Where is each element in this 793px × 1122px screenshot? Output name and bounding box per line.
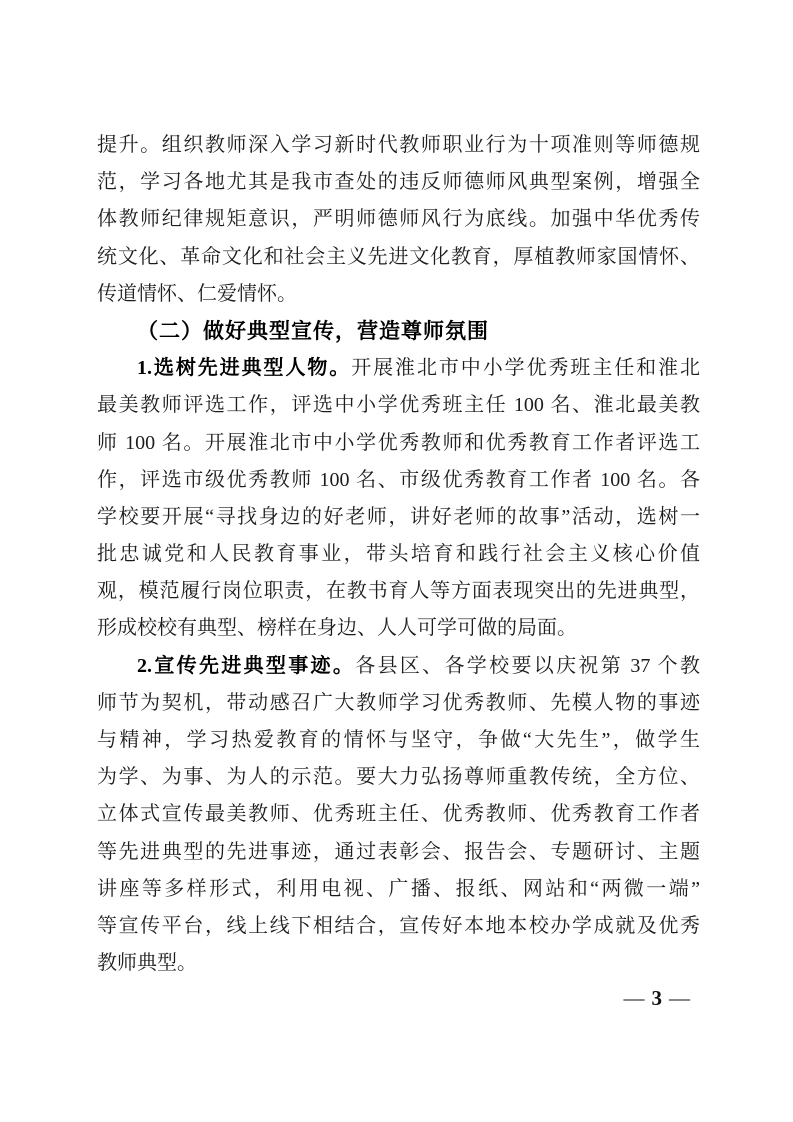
item1-first-line-rest: 开展淮北市中小学优秀班主任和淮北 [351, 357, 700, 379]
item2-first-line-rest: 各县区、各学校要以庆祝第 37 个教 [355, 655, 700, 677]
text-line: 形成校校有典型、榜样在身边、人人可学可做的局面。 [97, 610, 700, 647]
text-line: 讲座等多样形式，利用电视、广播、报纸、网站和“两微一端” [97, 871, 700, 908]
text-line: 体教师纪律规矩意识，严明师德师风行为底线。加强中华优秀传 [97, 201, 700, 238]
text-line: 范，学习各地尤其是我市查处的违反师德师风典型案例，增强全 [97, 164, 700, 201]
text-line: 提升。组织教师深入学习新时代教师职业行为十项准则等师德规 [97, 127, 700, 164]
item2-lead: 2.宣传先进典型事迹。 [137, 655, 355, 677]
text-line: 最美教师评选工作，评选中小学优秀班主任 100 名、淮北最美教 [97, 387, 700, 424]
text-line: 师 100 名。开展淮北市中小学优秀教师和优秀教育工作者评选工 [97, 425, 700, 462]
text-line: 观，模范履行岗位职责，在教书育人等方面表现突出的先进典型， [97, 573, 700, 610]
page-number-value: 3 [652, 986, 663, 1010]
text-line: 批忠诚党和人民教育事业，带头培育和践行社会主义核心价值 [97, 536, 700, 573]
text-line: 等宣传平台，线上线下相结合，宣传好本地本校办学成就及优秀 [97, 908, 700, 945]
text-line: 等先进典型的先进事迹，通过表彰会、报告会、专题研讨、主题 [97, 834, 700, 871]
page-number-dash-left: — [624, 986, 645, 1010]
text-line: 立体式宣传最美教师、优秀班主任、优秀教师、优秀教育工作者 [97, 796, 700, 833]
document-body: 提升。组织教师深入学习新时代教师职业行为十项准则等师德规 范，学习各地尤其是我市… [97, 127, 700, 982]
text-line: 传道情怀、仁爱情怀。 [97, 276, 700, 313]
section-heading: （二）做好典型宣传，营造尊师氛围 [97, 313, 700, 350]
page-number-dash-right: — [669, 986, 690, 1010]
text-line: 作，评选市级优秀教师 100 名、市级优秀教育工作者 100 名。各 [97, 462, 700, 499]
page-number: —3— [624, 986, 691, 1010]
text-line: 为学、为事、为人的示范。要大力弘扬尊师重教传统，全方位、 [97, 759, 700, 796]
item1-lead: 1.选树先进典型人物。 [137, 357, 351, 379]
text-line: 教师典型。 [97, 945, 700, 982]
text-line: 学校要开展“寻找身边的好老师，讲好老师的故事”活动，选树一 [97, 499, 700, 536]
text-line: 统文化、革命文化和社会主义先进文化教育，厚植教师家国情怀、 [97, 239, 700, 276]
text-line: 1.选树先进典型人物。开展淮北市中小学优秀班主任和淮北 [97, 350, 700, 387]
document-page: 提升。组织教师深入学习新时代教师职业行为十项准则等师德规 范，学习各地尤其是我市… [0, 0, 793, 1122]
text-line: 2.宣传先进典型事迹。各县区、各学校要以庆祝第 37 个教 [97, 648, 700, 685]
text-line: 师节为契机，带动感召广大教师学习优秀教师、先模人物的事迹 [97, 685, 700, 722]
text-line: 与精神，学习热爱教育的情怀与坚守，争做“大先生”，做学生 [97, 722, 700, 759]
